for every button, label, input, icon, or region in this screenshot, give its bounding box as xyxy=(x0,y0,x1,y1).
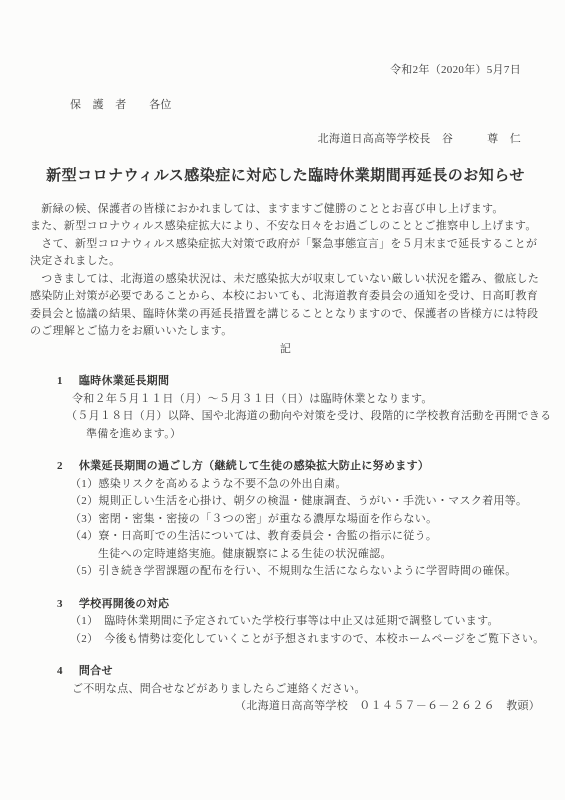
section-title: 臨時休業延長期間 xyxy=(79,373,169,391)
section-heading: 4 問合せ xyxy=(30,663,541,681)
list-item: （4）寮・日高町での生活については、教育委員会・舎監の指示に従う。 xyxy=(30,528,541,546)
document-date: 令和2年（2020年）5月7日 xyxy=(30,62,541,80)
section-number: 3 xyxy=(57,596,63,614)
body-line: つきましては、北海道の感染状況は、未だ感染拡大が収束していない厳しい状況を鑑み、… xyxy=(30,271,541,289)
section-heading: 1 臨時休業延長期間 xyxy=(30,373,541,391)
section-number: 4 xyxy=(57,663,63,681)
body-line: 決定されました。 xyxy=(30,253,541,271)
section-line: （５月１８日（月）以降、国や北海道の動向や対策を受け、段階的に学校教育活動を再開… xyxy=(30,408,541,426)
addressee: 保 護 者 各位 xyxy=(30,97,541,115)
section-inquiry: 4 問合せ ご不明な点、問合せなどがありましたらご連絡ください。 （北海道日高高… xyxy=(30,663,541,716)
contact-phone: （北海道日高高等学校 ０１４５７－６－２６２６ 教頭） xyxy=(30,698,541,716)
record-mark: 記 xyxy=(30,341,541,359)
section-after-reopening: 3 学校再開後の対応 （1） 臨時休業期間に予定されていた学校行事等は中止又は延… xyxy=(30,596,541,649)
scanned-notice-page: 令和2年（2020年）5月7日 保 護 者 各位 北海道日高高等学校長 谷 尊 … xyxy=(0,0,565,800)
section-title: 休業延長期間の過ごし方（継続して生徒の感染拡大防止に努めます） xyxy=(79,458,429,476)
list-item: （5）引き続き学習課題の配布を行い、不規則な生活にならないように学習時間の確保。 xyxy=(30,563,541,581)
section-closure-period: 1 臨時休業延長期間 令和２年５月１１日（月）～５月３１日（日）は臨時休業となり… xyxy=(30,373,541,443)
body-line: さて、新型コロナウィルス感染症拡大対策で政府が「緊急事態宣言」を５月末まで延長す… xyxy=(30,236,541,254)
body-line: また、新型コロナウィルス感染症拡大により、不安な日々をお過ごしのこととご推察申し… xyxy=(30,218,541,236)
list-item: （3）密閉・密集・密接の「３つの密」が重なる濃厚な場面を作らない。 xyxy=(30,511,541,529)
section-heading: 3 学校再開後の対応 xyxy=(30,596,541,614)
body-line: 感染防止対策が必要であることから、本校においても、北海道教育委員会の通知を受け、… xyxy=(30,288,541,306)
section-number: 2 xyxy=(57,458,63,476)
body-line: 委員会と協議の結果、臨時休業の再延長措置を講じることとなりますので、保護者の皆様… xyxy=(30,306,541,324)
list-item: （1）感染リスクを高めるような不要不急の外出自粛。 xyxy=(30,476,541,494)
sender-principal: 北海道日高高等学校長 谷 尊 仁 xyxy=(30,131,541,149)
list-item-continuation: 生徒への定時連絡実施。健康観察による生徒の状況確認。 xyxy=(30,546,541,564)
page-title: 新型コロナウィルス感染症に対応した臨時休業期間再延長のお知らせ xyxy=(30,164,541,188)
list-item: （2）規則正しい生活を心掛け、朝夕の検温・健康調査、うがい・手洗い・マスク着用等… xyxy=(30,493,541,511)
section-line: ご不明な点、問合せなどがありましたらご連絡ください。 xyxy=(30,681,541,699)
list-item: （2） 今後も情勢は変化していくことが予想されますので、本校ホームページをご覧下… xyxy=(30,631,541,649)
section-how-to-spend: 2 休業延長期間の過ごし方（継続して生徒の感染拡大防止に努めます） （1）感染リ… xyxy=(30,458,541,581)
greeting-paragraphs: 新緑の候、保護者の皆様におかれましては、ますますご健勝のこととお喜び申し上げます… xyxy=(30,201,541,359)
section-title: 学校再開後の対応 xyxy=(79,596,169,614)
body-line: 新緑の候、保護者の皆様におかれましては、ますますご健勝のこととお喜び申し上げます… xyxy=(30,201,541,219)
body-line: のご理解とご協力をお願いいたします。 xyxy=(30,323,541,341)
section-line: 準備を進めます。） xyxy=(30,426,541,444)
section-heading: 2 休業延長期間の過ごし方（継続して生徒の感染拡大防止に努めます） xyxy=(30,458,541,476)
section-number: 1 xyxy=(57,373,63,391)
list-item: （1） 臨時休業期間に予定されていた学校行事等は中止又は延期で調整しています。 xyxy=(30,613,541,631)
section-line: 令和２年５月１１日（月）～５月３１日（日）は臨時休業となります。 xyxy=(30,391,541,409)
section-title: 問合せ xyxy=(79,663,113,681)
